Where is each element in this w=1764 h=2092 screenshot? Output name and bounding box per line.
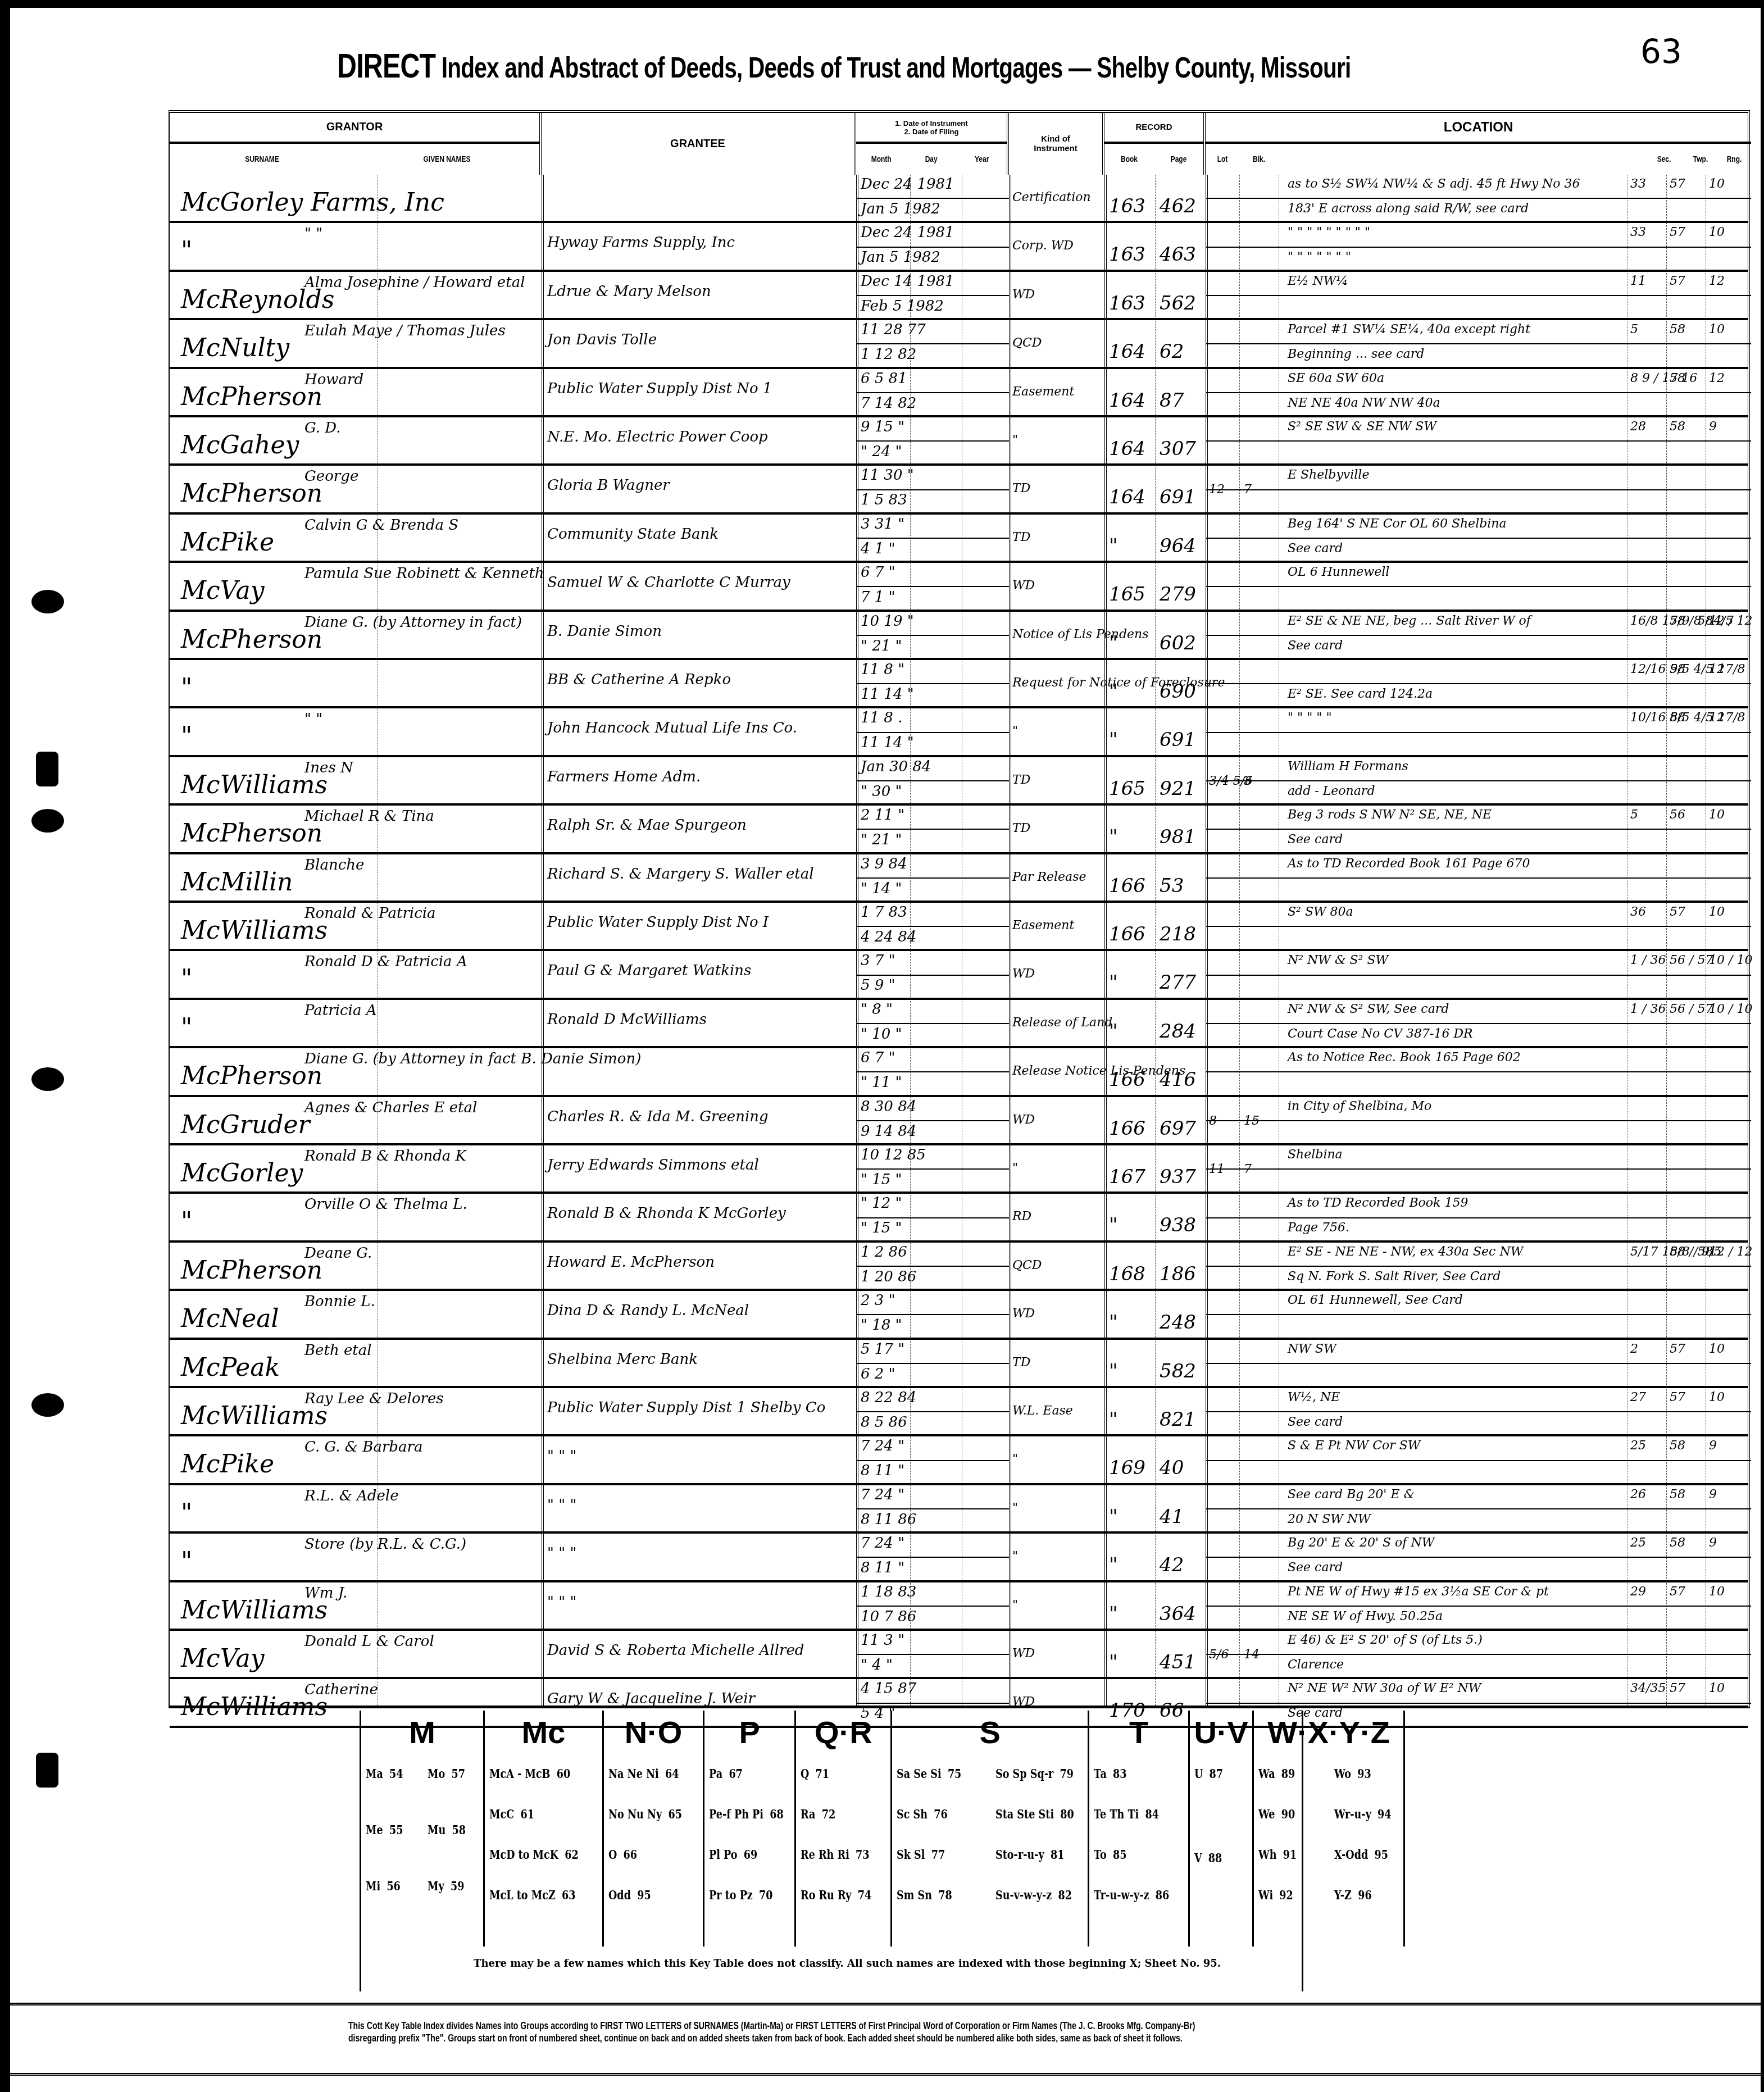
date-of-filing: " 30 " [861,783,902,800]
binder-hole-icon [31,809,64,833]
date-of-instrument: 6 7 " [861,1049,895,1066]
key-cell: Pa67 [709,1767,743,1781]
grantor-given-names: Diane G. (by Attorney in fact B. Danie S… [304,1050,641,1067]
date-of-instrument: 1 18 83 [861,1584,916,1600]
record-book: 164 [1109,486,1145,508]
grantor-surname: McPeak [181,1353,280,1382]
location-range: 10 [1709,322,1725,336]
key-cell: To85 [1094,1848,1127,1862]
key-group-letter: U·V [1190,1714,1252,1750]
location-township: 56 / 57 [1670,1002,1713,1016]
date-of-filing: " 15 " [861,1171,902,1188]
key-cell: X-Odd95 [1334,1848,1388,1862]
record-page: 937 [1160,1166,1196,1188]
location-range: 10 [1709,225,1725,239]
date-of-filing: 8 11 " [861,1559,904,1576]
date-of-filing: " 10 " [861,1026,902,1043]
grantee-name: B. Danie Simon [547,623,662,640]
ledger-row: McPhersonDiane G. (by Attorney in fact B… [170,1048,1748,1097]
location-description: Bg 20' E & 20' S of NW [1288,1536,1434,1550]
grantor-given-names: Deane G. [304,1245,372,1262]
location-lot: 12 [1209,483,1225,497]
date-of-filing: Feb 5 1982 [861,298,944,315]
date-of-filing: " 4 " [861,1657,893,1673]
key-cell: Na Ne Ni64 [608,1767,679,1781]
date-of-filing: Jan 5 1982 [861,201,940,217]
grantor-surname: " [181,1207,192,1236]
location-description: N² NE W² NW 30a of W E² NW [1288,1681,1481,1695]
location-description: as to S½ SW¼ NW¼ & S adj. 45 ft Hwy No 3… [1288,177,1580,191]
location-description: As to Notice Rec. Book 165 Page 602 [1288,1050,1521,1065]
record-book: 166 [1109,923,1145,945]
ledger-row: "" "John Hancock Mutual Life Ins Co.11 8… [170,708,1748,757]
grantee-name: " " " [547,1545,576,1562]
location-section: 5 [1630,808,1638,822]
key-cell: Mo57 [428,1767,465,1781]
ledger-row: McNultyEulah Maye / Thomas JulesJon Davi… [170,320,1748,369]
grantor-surname: McPherson [181,1256,322,1285]
key-group-letter: Q·R [796,1714,890,1750]
instrument-kind: TD [1012,821,1030,835]
key-cell: Mu58 [428,1823,466,1838]
ledger-row: McGruderAgnes & Charles E etalCharles R.… [170,1097,1748,1145]
instrument-kind: WD [1012,1307,1035,1321]
record-page: 921 [1160,777,1196,800]
location-township: 57 [1670,225,1685,239]
key-group-letter: Mc [485,1714,602,1750]
instrument-kind: Par Release [1012,870,1086,884]
record-page: 463 [1160,243,1196,266]
date-of-instrument: 11 8 . [861,710,902,726]
grantee-name: Ralph Sr. & Mae Spurgeon [547,817,747,834]
location-description-2: 20 N SW NW [1288,1512,1371,1526]
footer-bottom-rule [10,2073,1764,2076]
grantor-given-names: Ray Lee & Delores [304,1390,444,1407]
header-record: RECORD Book Page [1104,113,1206,175]
grantee-name: " " " [547,1594,576,1611]
page-title: DIRECT Index and Abstract of Deeds, Deed… [337,46,1351,86]
location-description-2: add - Leonard [1288,784,1375,798]
record-page: 248 [1160,1311,1196,1334]
instrument-kind: RD [1012,1209,1031,1224]
instrument-kind: " [1012,1161,1018,1175]
record-page: 416 [1160,1068,1196,1091]
date-of-instrument: 2 11 " [861,807,904,824]
key-cell: McC61 [489,1807,534,1822]
grantor-surname: McVay [181,1644,265,1673]
date-of-filing: " 21 " [861,831,902,848]
location-township: 58 [1670,371,1685,385]
date-of-instrument: 5 17 " [861,1341,904,1358]
location-description-2: Court Case No CV 387-16 DR [1288,1027,1473,1041]
record-book: " [1109,1603,1118,1625]
header-grantor: GRANTOR SURNAME GIVEN NAMES [170,113,542,175]
grantee-name: Howard E. McPherson [547,1254,715,1271]
location-township: 58 [1670,1439,1685,1453]
key-cell: No Nu Ny65 [608,1807,682,1822]
grantor-given-names: Calvin G & Brenda S [304,517,458,534]
record-page: 186 [1160,1263,1196,1285]
location-description: S² SE SW & SE NW SW [1288,420,1436,434]
location-township: 57 [1670,905,1685,919]
binder-hole-icon [36,752,58,786]
record-book: 166 [1109,1068,1145,1091]
instrument-kind: WD [1012,1647,1035,1661]
location-block: 15 [1244,1114,1260,1128]
record-book: " [1109,1651,1118,1673]
grantee-name: Jon Davis Tolle [547,331,657,348]
key-cell: McD to McK62 [489,1848,579,1862]
location-block: 14 [1244,1648,1260,1662]
location-lot: 11 [1209,1162,1225,1176]
location-description: Shelbina [1288,1148,1343,1162]
key-cell: Sa Se Si75 [897,1767,961,1781]
record-page: 277 [1160,971,1196,994]
location-range: 9 [1709,1488,1717,1502]
date-of-instrument: 1 7 83 [861,904,907,921]
date-of-filing: 7 1 " [861,589,895,606]
date-of-instrument: 8 22 84 [861,1389,916,1406]
key-cell: Y-Z96 [1334,1888,1372,1903]
location-description: Parcel #1 SW¼ SE¼, 40a except right [1288,322,1530,336]
grantor-given-names: Donald L & Carol [304,1633,434,1650]
location-section: 26 [1630,1488,1646,1502]
scan-edge-right [1761,0,1764,2092]
location-description: Pt NE W of Hwy #15 ex 3½a SE Cor & pt [1288,1585,1549,1599]
location-block: 7 [1244,1162,1252,1176]
key-group-letter: S [892,1714,1087,1750]
record-book: 163 [1109,243,1145,266]
instrument-kind: Certification [1012,190,1091,204]
key-group: Q·RQ71Ra72Re Rh Ri73Ro Ru Ry74 [796,1711,892,1947]
location-description: See card Bg 20' E & [1288,1488,1415,1502]
location-range: 12 [1709,711,1725,725]
date-of-filing: 1 5 83 [861,492,907,508]
location-description: S & E Pt NW Cor SW [1288,1439,1420,1453]
location-township: 56 [1670,808,1685,822]
location-section: 5 [1630,322,1638,336]
record-page: 964 [1160,535,1196,557]
scan-edge-left [0,0,10,2092]
location-township: 57 [1670,1390,1685,1404]
location-section: 1 / 36 [1630,1002,1666,1016]
record-page: 40 [1160,1457,1184,1479]
instrument-kind: " [1012,724,1018,738]
grantor-surname: McPherson [181,1062,322,1090]
ledger-row: McPhersonMichael R & TinaRalph Sr. & Mae… [170,806,1748,854]
key-cell: Odd95 [608,1888,651,1903]
key-group-letter: N·O [604,1714,703,1750]
key-cell: Pl Po69 [709,1848,757,1862]
date-of-filing: Jan 5 1982 [861,249,940,266]
grantor-given-names: Howard [304,371,363,388]
date-of-instrument: 3 9 84 [861,856,907,872]
location-block: 3 [1244,774,1252,788]
location-section: 28 [1630,420,1646,434]
location-description: SE 60a SW 60a [1288,371,1384,385]
location-description: E² SE - NE NE - NW, ex 430a Sec NW [1288,1245,1523,1259]
location-description: E½ NW¼ [1288,274,1348,288]
grantor-given-names: Agnes & Charles E etal [304,1099,477,1116]
location-description: NW SW [1288,1342,1336,1356]
location-township: 58 [1670,711,1685,725]
grantee-name: Ronald B & Rhonda K McGorley [547,1205,786,1222]
location-range: 12 / 12 [1709,614,1752,628]
ledger-row: McMillinBlancheRichard S. & Margery S. W… [170,854,1748,903]
grantor-given-names: Orville O & Thelma L. [304,1196,467,1213]
date-of-instrument: 3 7 " [861,952,895,969]
page-number: 63 [1640,33,1682,71]
grantee-name: " " " [547,1448,576,1465]
location-description-2: " " " " " " " [1288,250,1351,264]
location-description: As to TD Recorded Book 159 [1288,1196,1468,1210]
record-book: " [1109,1020,1118,1043]
grantor-given-names: Alma Josephine / Howard etal [304,274,525,291]
location-township: 57 [1670,1342,1685,1356]
date-of-filing: 11 14 " [861,734,914,751]
ledger-row: "" "Hyway Farms Supply, IncDec 24 1981Ja… [170,223,1748,271]
date-of-instrument: Dec 24 1981 [861,176,954,193]
grantee-name: Farmers Home Adm. [547,768,701,785]
grantee-name: Paul G & Margaret Watkins [547,962,751,979]
location-township: 58 [1670,1488,1685,1502]
location-description: N² NW & S² SW, See card [1288,1002,1449,1016]
key-table-note: There may be a few names which this Key … [474,1958,1221,1970]
grantor-surname: " [181,1547,192,1576]
location-description-2: Sq N. Fork S. Salt River, See Card [1288,1270,1501,1284]
location-section: 25 [1630,1439,1646,1453]
location-description-2: NE SE W of Hwy. 50.25a [1288,1609,1443,1623]
date-of-filing: 1 20 86 [861,1268,916,1285]
location-section: 33 [1630,177,1646,191]
ledger-row: McPikeCalvin G & Brenda SCommunity State… [170,515,1748,563]
location-township: 58 [1670,1536,1685,1550]
location-section: 27 [1630,1390,1646,1404]
key-group-letter: P [704,1714,794,1750]
location-description: " " " " " " " " " [1288,225,1370,239]
grantee-name: Public Water Supply Dist No I [547,914,769,931]
grantor-given-names: Wm J. [304,1585,347,1602]
ledger-row: McReynoldsAlma Josephine / Howard etalLd… [170,272,1748,320]
location-description: OL 6 Hunnewell [1288,565,1389,579]
date-of-filing: 4 24 84 [861,929,916,945]
key-cell: Ma54 [366,1767,403,1781]
grantor-given-names: Ronald & Patricia [304,905,436,922]
record-book: 168 [1109,1263,1145,1285]
record-page: 53 [1160,875,1184,897]
location-township: 57 [1670,1585,1685,1599]
grantor-given-names: " " [304,711,322,727]
ledger-row: McWilliamsWm J." " "1 18 8310 7 86""364P… [170,1582,1748,1631]
grantee-name: Richard S. & Margery S. Waller etal [547,866,814,883]
date-of-instrument: Dec 14 1981 [861,273,954,290]
location-range: 10 / 10 [1709,953,1752,967]
key-cell: Sto-r-u-y81 [995,1848,1065,1862]
instrument-kind: TD [1012,481,1030,495]
grantor-surname: McGorley Farms, Inc [181,188,444,217]
grantor-given-names: Beth etal [304,1342,372,1359]
grantee-name: Charles R. & Ida M. Greening [547,1108,769,1125]
location-township: 57 [1670,1681,1685,1695]
date-of-instrument: 6 7 " [861,564,895,581]
grantor-given-names: Ronald B & Rhonda K [304,1148,466,1165]
location-description-2: E² SE. See card 124.2a [1288,687,1433,701]
key-cell: Te Th Ti84 [1094,1807,1159,1822]
date-of-filing: " 21 " [861,638,902,654]
key-cell: Wi92 [1258,1888,1293,1903]
date-of-instrument: 7 24 " [861,1438,904,1454]
key-cell: My59 [428,1879,464,1894]
ledger-row: McWilliamsRay Lee & DeloresPublic Water … [170,1388,1748,1436]
location-description: E Shelbyville [1288,468,1369,482]
ledger-row: McPikeC. G. & Barbara" " "7 24 "8 11 ""1… [170,1436,1748,1485]
grantor-given-names: Pamula Sue Robinett & Kenneth [304,565,544,582]
ledger-row: "Ronald D & Patricia APaul G & Margaret … [170,951,1748,999]
grantor-surname: " [181,1499,192,1527]
instrument-kind: WD [1012,1113,1035,1127]
date-of-instrument: 6 5 81 [861,370,907,387]
location-range: 10 [1709,1585,1725,1599]
binder-hole-icon [36,1753,58,1788]
location-section: 33 [1630,225,1646,239]
location-description: As to TD Recorded Book 161 Page 670 [1288,857,1530,871]
binder-hole-icon [31,590,64,613]
grantor-surname: " [181,722,192,751]
record-page: 307 [1160,438,1196,460]
date-of-filing: 7 14 82 [861,395,916,412]
location-lot: 8 [1209,1114,1217,1128]
grantee-name: " " " [547,1497,576,1513]
location-description: S² SW 80a [1288,905,1353,919]
grantee-name: Ldrue & Mary Melson [547,283,711,300]
date-of-instrument: 7 24 " [861,1535,904,1552]
location-description-2: See card [1288,1415,1343,1429]
location-range: 9 [1709,1536,1717,1550]
footer-divider [10,2003,1764,2005]
grantee-name: Jerry Edwards Simmons etal [547,1157,759,1174]
key-cell: Wo93 [1334,1767,1371,1781]
record-page: 462 [1160,195,1196,217]
location-township: 56 / 57 [1670,953,1713,967]
location-description-2: See card [1288,639,1343,653]
key-group: SSa Se Si75Sc Sh76Sk Sl77Sm Sn78So Sp Sq… [892,1711,1089,1947]
key-cell: McA - McB60 [489,1767,570,1781]
record-book: 164 [1109,438,1145,460]
location-description: " " " " " [1288,711,1332,725]
binder-hole-icon [31,1067,64,1091]
location-description: Beg 3 rods S NW N² SE, NE, NE [1288,808,1492,822]
key-cell: Wa89 [1258,1767,1295,1781]
location-description: OL 61 Hunnewell, See Card [1288,1293,1463,1307]
key-cell: V88 [1194,1851,1222,1866]
location-description-2: Page 756. [1288,1221,1349,1235]
grantor-surname: McMillin [181,868,293,897]
location-description: in City of Shelbina, Mo [1288,1099,1431,1113]
grantor-surname: McGorley [181,1159,303,1188]
ledger-row: "R.L. & Adele" " "7 24 "8 11 86""41See c… [170,1485,1748,1534]
location-range: 12 [1709,371,1725,385]
instrument-kind: Notice of Lis Pendens [1012,627,1149,642]
ledger-row: McPhersonGeorgeGloria B Wagner11 30 "1 5… [170,466,1748,514]
key-cell: Ro Ru Ry74 [801,1888,871,1903]
grantor-surname: " [181,674,192,702]
key-cell: Wr-u-y94 [1334,1807,1392,1822]
record-page: 691 [1160,729,1196,751]
record-page: 821 [1160,1408,1196,1431]
date-of-instrument: Jan 30 84 [861,758,931,775]
key-cell: Su-v-w-y-z82 [995,1888,1072,1903]
record-page: 87 [1160,389,1184,412]
grantor-given-names: Eulah Maye / Thomas Jules [304,322,506,339]
key-table: MMa54Me55Mi56Mo57Mu58My59McMcA - McB60Mc… [360,1711,1303,1991]
grantor-given-names: Bonnie L. [304,1293,375,1310]
grantor-surname: " [181,237,192,265]
location-range: 10 [1709,1681,1725,1695]
ledger-row: McPeakBeth etalShelbina Merc Bank5 17 "6… [170,1340,1748,1388]
location-description-2: See card [1288,542,1343,556]
date-of-instrument: 3 31 " [861,516,904,533]
location-description-2: Beginning ... see card [1288,347,1424,361]
record-page: 451 [1160,1651,1196,1673]
instrument-kind: " [1012,1598,1018,1612]
grantee-name: Hyway Farms Supply, Inc [547,234,735,251]
record-book: 166 [1109,875,1145,897]
header-surname: SURNAME [188,144,336,175]
ledger-row: McPhersonDeane G.Howard E. McPherson1 2 … [170,1243,1748,1291]
record-book: 165 [1109,583,1145,606]
grantor-surname: McPherson [181,479,322,508]
record-book: " [1109,971,1118,994]
grantee-name: BB & Catherine A Repko [547,671,731,688]
date-of-filing: 4 1 " [861,540,895,557]
ledger-row: McGorley Farms, IncDec 24 1981Jan 5 1982… [170,175,1748,223]
record-book: " [1109,1506,1118,1528]
grantee-name: Community State Bank [547,526,719,543]
key-cell: McL to McZ63 [489,1888,575,1903]
instrument-kind: QCD [1012,336,1042,350]
key-cell: Tr-u-w-y-z86 [1094,1888,1169,1903]
key-cell: Pe-f Ph Pi68 [709,1807,784,1822]
record-book: " [1109,1408,1118,1431]
key-cell: Sm Sn78 [897,1888,952,1903]
location-township: 58 / 58 [1670,1245,1713,1259]
location-range: 12 [1709,274,1725,288]
key-cell: O66 [608,1848,637,1862]
date-of-filing: 5 9 " [861,977,895,994]
location-section: 10/16 8/5 4/5 17/8 [1630,711,1745,725]
location-description-2: Clarence [1288,1658,1344,1672]
record-book: 164 [1109,389,1145,412]
record-page: 284 [1160,1020,1196,1043]
location-section: 34/35 [1630,1681,1666,1695]
instrument-kind: TD [1012,1356,1030,1370]
ledger-row: "Patricia ARonald D McWilliams" 8 "" 10 … [170,1000,1748,1048]
instrument-kind: " [1012,1549,1018,1563]
scan-edge-top [0,0,1764,8]
grantor-surname: McPike [181,528,274,557]
grantee-name: N.E. Mo. Electric Power Coop [547,429,768,445]
key-group: PPa67Pe-f Ph Pi68Pl Po69Pr to Pz70 [704,1711,796,1947]
record-page: 602 [1160,632,1196,654]
instrument-kind: " [1012,1501,1018,1515]
instrument-kind: Corp. WD [1012,239,1074,253]
location-description: Beg 164' S NE Cor OL 60 Shelbina [1288,517,1507,531]
ledger-row: McGaheyG. D.N.E. Mo. Electric Power Coop… [170,417,1748,466]
date-of-filing: " 24 " [861,443,902,460]
date-of-instrument: 11 28 77 [861,321,926,338]
instrument-kind: WD [1012,288,1035,302]
ledger-row: "Store (by R.L. & C.G.)" " "7 24 "8 11 "… [170,1534,1748,1582]
